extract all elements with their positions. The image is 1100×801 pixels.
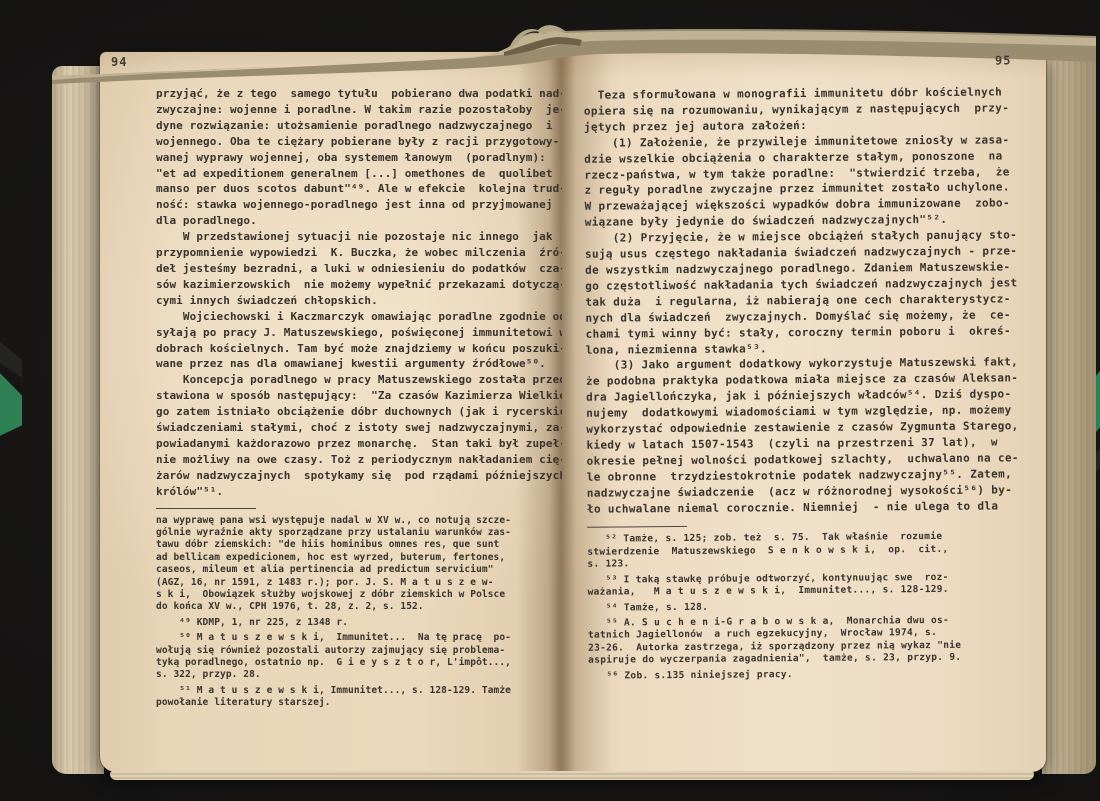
shadow-stripe-left [0, 338, 22, 378]
photo-background: 94 przyjąć, że z tego samego tytułu pobi… [0, 0, 1100, 801]
footnote-separator [587, 526, 687, 528]
open-book: 94 przyjąć, że z tego samego tytułu pobi… [52, 16, 1096, 784]
footnote-separator [156, 508, 256, 509]
page-94-footnotes: na wyprawę pana wsi występuje nadal w XV… [156, 515, 562, 710]
page-94: 94 przyjąć, że z tego samego tytułu pobi… [156, 86, 562, 713]
book-bottom-page-edges [110, 771, 1034, 780]
footnote-49: ⁴⁹ KDMP, 1, nr 225, z 1348 r. [156, 617, 562, 629]
footnote-55: ⁵⁵ A. S u c h e n i-G r a b o w s k a, M… [588, 614, 1026, 667]
footnote-56: ⁵⁶ Zob. s.135 niniejszej pracy. [588, 667, 1026, 683]
footnote-continuation: na wyprawę pana wsi występuje nadal w XV… [156, 515, 562, 614]
footnote-51: ⁵¹ M a t u s z e w s k i, Immunitet..., … [156, 685, 562, 710]
page-95-body-text: Teza sformułowana w monografii immunitet… [584, 84, 1025, 517]
footnote-53: ⁵³ I taką stawkę próbuje odtworzyć, kont… [587, 571, 1025, 599]
page-number-94: 94 [111, 55, 127, 69]
footnote-52: ⁵² Tamże, s. 125; zob. też s. 75. Tak wł… [587, 531, 1025, 572]
footnote-50: ⁵⁰ M a t u s z e w s k i, Immunitet... N… [156, 632, 562, 682]
page-95: 95 Teza sformułowana w monografii immuni… [584, 84, 1027, 685]
book-right-page-edges [1042, 50, 1096, 774]
footnote-54: ⁵⁴ Tamże, s. 128. [588, 599, 1026, 615]
book-left-page-edges [52, 66, 104, 774]
page-number-95: 95 [995, 53, 1012, 67]
page-94-body-text: przyjąć, że z tego samego tytułu pobiera… [156, 86, 562, 500]
page-95-footnotes: ⁵² Tamże, s. 125; zob. też s. 75. Tak wł… [587, 531, 1026, 683]
book-top-page-edges [52, 16, 1096, 90]
